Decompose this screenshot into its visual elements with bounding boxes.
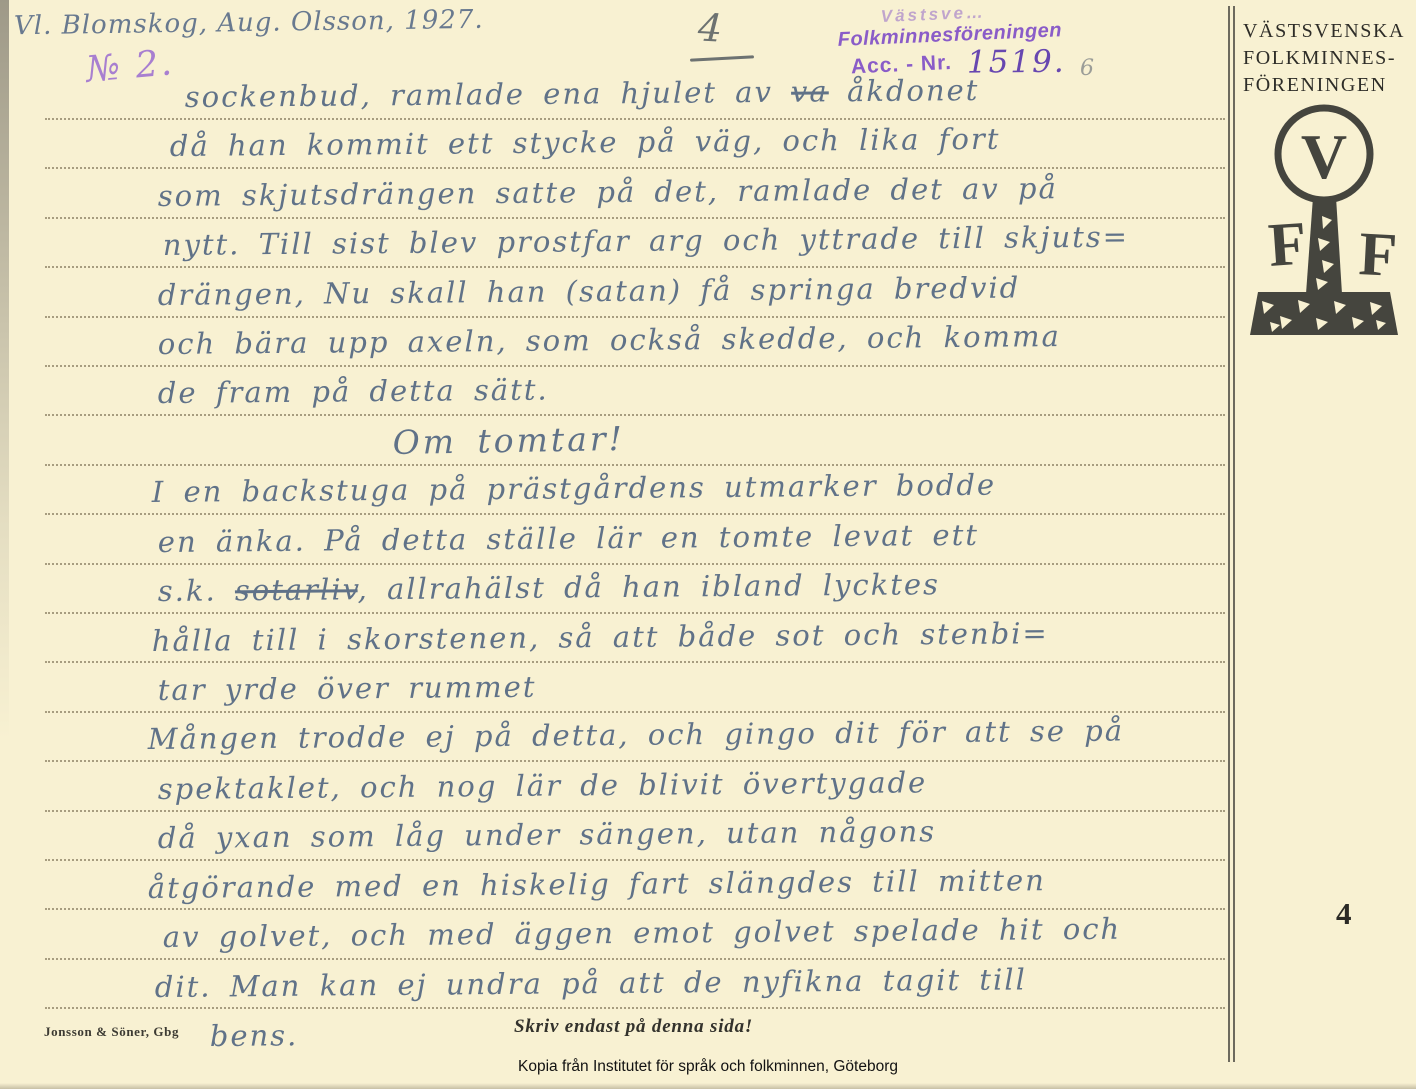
handwritten-text: då yxan som låg under sängen, utan någon… bbox=[158, 814, 937, 855]
handwritten-line: av golvet, och med äggen emot golvet spe… bbox=[163, 908, 1122, 958]
handwritten-line: tar yrde över rummet bbox=[158, 666, 537, 711]
handwritten-line: nytt. Till sist blev prostfar arg och yt… bbox=[163, 216, 1130, 266]
handwritten-line: dit. Man kan ej undra på att de nyfikna … bbox=[155, 958, 1027, 1008]
ruled-line bbox=[45, 1007, 1225, 1009]
ruled-line bbox=[45, 464, 1225, 466]
printed-page-number: 4 bbox=[1336, 896, 1352, 932]
handwritten-text: och bära upp axeln, som också skedde, oc… bbox=[158, 319, 1061, 361]
handwritten-text: då han kommit ett stycke på väg, och lik… bbox=[170, 122, 1001, 163]
handwritten-line: drängen, Nu skall han (satan) få springa… bbox=[158, 266, 1021, 316]
printer-imprint: Jonsson & Söner, Gbg bbox=[44, 1024, 179, 1040]
ruled-line bbox=[45, 661, 1225, 663]
margin-separator-line bbox=[1228, 6, 1230, 1062]
ruled-line bbox=[45, 414, 1225, 416]
handwritten-text: hålla till i skorstenen, så att både sot… bbox=[152, 616, 1049, 658]
section-heading-handwritten: Om tomtar! bbox=[392, 418, 625, 464]
handwritten-text: som skjutsdrängen satte på det, ramlade … bbox=[158, 171, 1058, 213]
organization-name: VÄSTSVENSKA FOLKMINNES- FÖRENINGEN bbox=[1243, 18, 1415, 99]
organization-name-line3: FÖRENINGEN bbox=[1243, 72, 1415, 99]
handwritten-line: då yxan som låg under sängen, utan någon… bbox=[158, 810, 937, 859]
ruled-line bbox=[45, 958, 1225, 960]
pencil-mark: 6 bbox=[1080, 56, 1094, 81]
handwritten-line: åtgörande med en hiskelig fart slängdes … bbox=[148, 859, 1046, 909]
handwritten-line: då han kommit ett stycke på väg, och lik… bbox=[170, 118, 1001, 167]
handwritten-text: nytt. Till sist blev prostfar arg och yt… bbox=[163, 220, 1129, 262]
manuscript-page: Vl. Blomskog, Aug. Olsson, 1927. № 2. 4 … bbox=[0, 0, 1416, 1089]
handwritten-text: spektaklet, och nog lär de blivit överty… bbox=[158, 765, 928, 806]
handwritten-text: en änka. På detta ställe lär en tomte le… bbox=[158, 518, 979, 559]
handwritten-text: dit. Man kan ej undra på att de nyfikna … bbox=[155, 962, 1027, 1004]
provenance-note: Vl. Blomskog, Aug. Olsson, 1927. bbox=[14, 5, 484, 42]
write-only-instruction: Skriv endast på denna sida! bbox=[514, 1016, 753, 1038]
handwritten-text: Mången trodde ej på detta, och gingo dit… bbox=[148, 713, 1125, 756]
ruled-line bbox=[45, 365, 1225, 367]
handwritten-line: hålla till i skorstenen, så att både sot… bbox=[152, 612, 1049, 662]
handwritten-line: s.k. sotarliv, allrahälst då han ibland … bbox=[158, 563, 941, 612]
handwritten-text: åkdonet bbox=[829, 73, 980, 108]
handwritten-line: sockenbud, ramlade ena hjulet av va åkdo… bbox=[185, 69, 980, 118]
ruled-line bbox=[45, 859, 1225, 861]
handwritten-line: spektaklet, och nog lär de blivit överty… bbox=[158, 761, 928, 810]
organization-name-line2: FOLKMINNES- bbox=[1243, 45, 1415, 72]
ruled-line bbox=[45, 513, 1225, 515]
margin-separator-line bbox=[1233, 6, 1235, 1062]
handwritten-line: och bära upp axeln, som också skedde, oc… bbox=[158, 315, 1061, 365]
scan-edge-bottom bbox=[0, 1083, 1416, 1089]
accession-number-handwritten: 1519. bbox=[966, 44, 1065, 81]
ruled-line bbox=[45, 266, 1225, 268]
ruled-line bbox=[45, 810, 1225, 812]
ruled-line bbox=[45, 760, 1225, 762]
handwritten-text: Om tomtar! bbox=[392, 419, 625, 462]
handwritten-line: I en backstuga på prästgårdens utmarker … bbox=[152, 464, 997, 513]
logo-letter-f-left: F bbox=[1266, 209, 1309, 279]
handwritten-line: som skjutsdrängen satte på det, ramlade … bbox=[158, 167, 1058, 217]
handwritten-text: de fram på detta sätt. bbox=[158, 373, 549, 410]
organization-name-line1: VÄSTSVENSKA bbox=[1243, 18, 1415, 45]
handwritten-line: de fram på detta sätt. bbox=[158, 369, 549, 414]
logo-letter-f-right: F bbox=[1357, 220, 1398, 290]
handwritten-line: Mången trodde ej på detta, och gingo dit… bbox=[148, 709, 1125, 760]
handwritten-text: tar yrde över rummet bbox=[158, 670, 537, 707]
handwritten-text: bens. bbox=[210, 1018, 299, 1053]
vff-logo: V F F bbox=[1250, 98, 1400, 342]
handwritten-text: , allrahälst då han ibland lycktes bbox=[357, 567, 940, 606]
scan-edge-left bbox=[0, 0, 9, 740]
handwritten-line: en änka. På detta ställe lär en tomte le… bbox=[158, 514, 979, 563]
struck-word: va bbox=[791, 74, 829, 108]
thor-hammer-icon: V F F bbox=[1250, 98, 1400, 338]
handwritten-text: I en backstuga på prästgårdens utmarker … bbox=[152, 468, 997, 509]
logo-letter-v: V bbox=[1301, 121, 1347, 192]
handwritten-text: av golvet, och med äggen emot golvet spe… bbox=[163, 912, 1122, 954]
handwritten-text: sockenbud, ramlade ena hjulet av bbox=[185, 75, 792, 114]
archive-number-note: № 2. bbox=[84, 42, 175, 91]
handwritten-text: åtgörande med en hiskelig fart slängdes … bbox=[148, 863, 1046, 905]
handwritten-text: drängen, Nu skall han (satan) få springa… bbox=[158, 270, 1021, 312]
struck-word: sotarliv bbox=[235, 572, 358, 607]
ruled-line bbox=[45, 118, 1225, 120]
page-number-pencil: 4 bbox=[697, 5, 723, 50]
handwritten-text: s.k. bbox=[158, 573, 235, 608]
ruled-line bbox=[45, 563, 1225, 565]
page-number-underline bbox=[690, 55, 754, 61]
copy-source-caption: Kopia från Institutet för språk och folk… bbox=[0, 1058, 1416, 1076]
handwritten-line: bens. bbox=[210, 1014, 299, 1057]
